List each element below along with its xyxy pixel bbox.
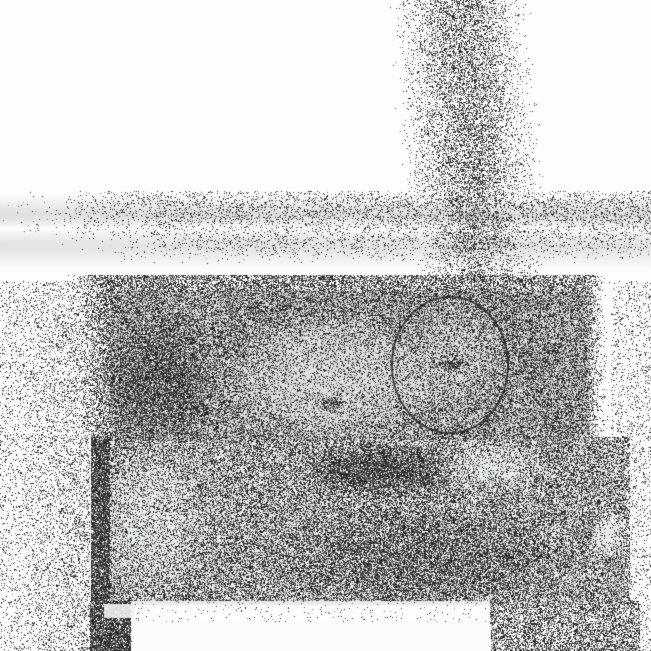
stippled-image-canvas [0, 0, 651, 651]
glitch-artwork: Stippled glitch-art grayscale collage: a… [0, 0, 651, 651]
